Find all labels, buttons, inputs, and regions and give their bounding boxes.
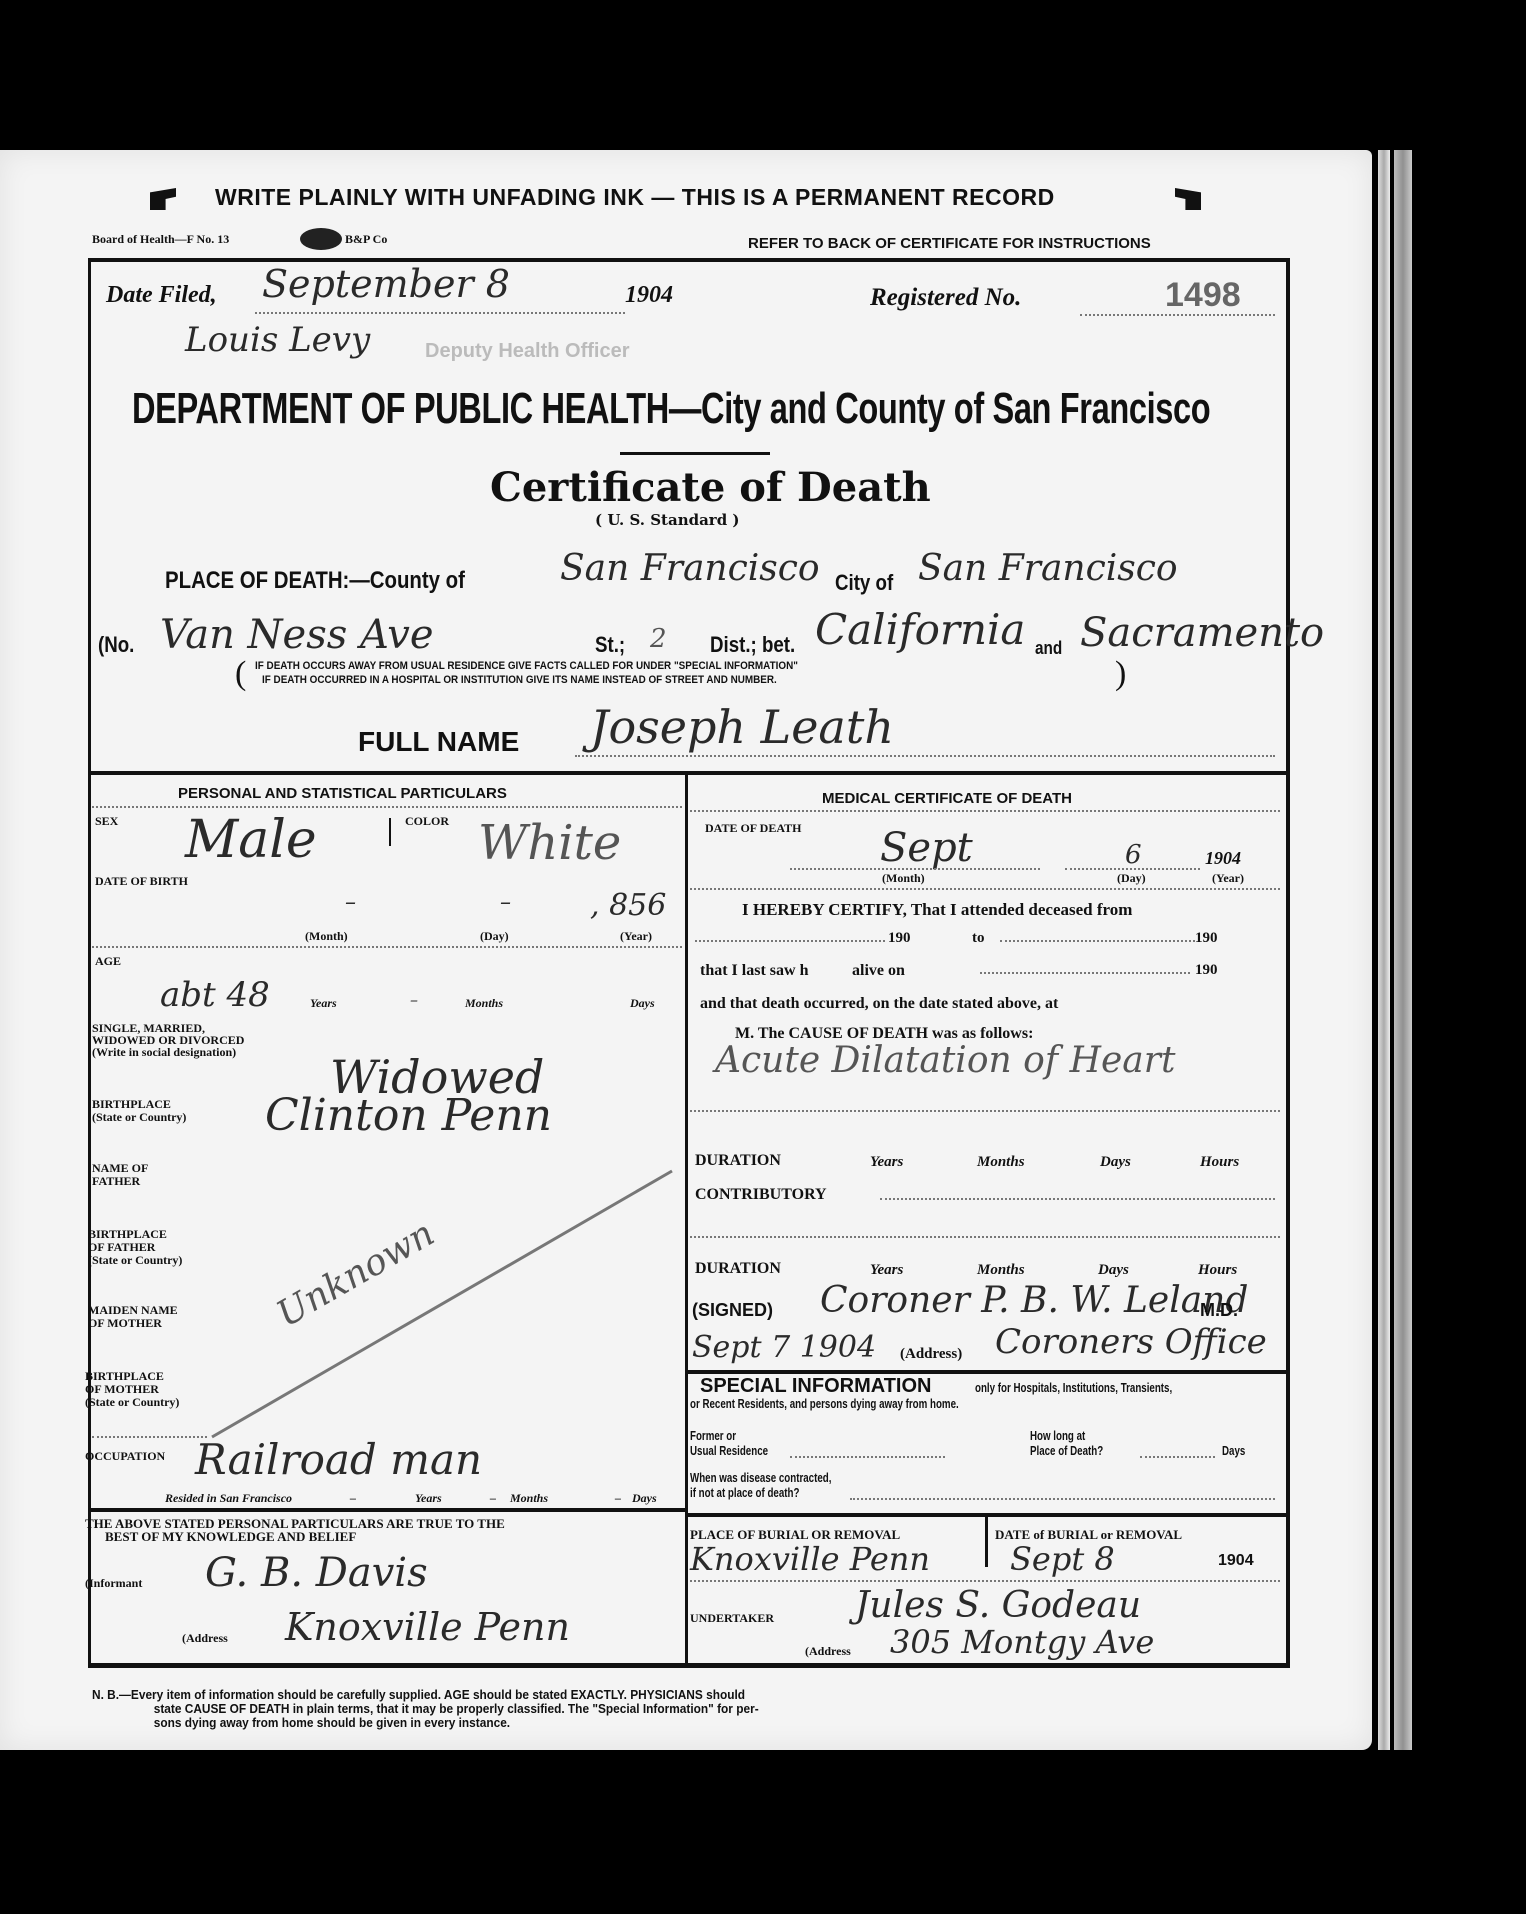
death-month-line <box>790 868 1040 870</box>
to-label: to <box>972 930 985 947</box>
burial-divider <box>687 1513 1290 1517</box>
contributory-line <box>880 1198 1275 1200</box>
dob-month: – <box>345 890 356 915</box>
cause-line-2 <box>690 1110 1280 1112</box>
resided-months-caption: Months <box>510 1492 548 1504</box>
former-residence-label-line: Former or <box>690 1428 768 1443</box>
registered-line <box>1080 314 1275 316</box>
color-label: COLOR <box>405 815 449 827</box>
informant-divider <box>90 1508 686 1512</box>
months-caption: Months <box>465 997 503 1009</box>
duration-years: Years <box>870 1154 903 1171</box>
printer-mark: B&P Co <box>345 232 387 247</box>
month-caption: (Month) <box>305 930 348 942</box>
duration-months: Months <box>977 1154 1025 1171</box>
contributory-line-2 <box>690 1236 1280 1238</box>
personal-heading: PERSONAL AND STATISTICAL PARTICULARS <box>178 785 507 802</box>
resided-days: – <box>615 1492 621 1504</box>
burial-date-year: 1904 <box>1218 1552 1254 1570</box>
full-name-value: Joseph Leath <box>590 700 894 754</box>
rule <box>92 946 682 948</box>
duration-years-2: Years <box>870 1262 903 1279</box>
age-months-value: – <box>410 990 418 1009</box>
father-label-line: FATHER <box>92 1175 148 1188</box>
informant-label: (Informant <box>85 1577 142 1589</box>
marital-label-line: (Write in social designation) <box>92 1046 244 1058</box>
death-day-value: 6 <box>1125 840 1142 870</box>
how-long-field[interactable] <box>1140 1456 1215 1458</box>
occupation-value: Railroad man <box>195 1435 482 1484</box>
dob-year: , 856 <box>590 888 666 923</box>
footnote-line: N. B.—Every item of information should b… <box>92 1688 759 1702</box>
duration-hours: Hours <box>1200 1154 1239 1171</box>
duration-months-2: Months <box>977 1262 1025 1279</box>
from-line <box>695 940 885 942</box>
former-residence-field[interactable] <box>790 1456 945 1458</box>
marital-label: SINGLE, MARRIED, WIDOWED OR DIVORCED (Wr… <box>92 1022 244 1058</box>
date-filed-year: 1904 <box>625 282 673 309</box>
undertaker-value: Jules S. Godeau <box>855 1585 1141 1626</box>
dist-label: Dist.; bet. <box>710 632 795 658</box>
alive-190: 190 <box>1195 962 1218 979</box>
duration-label-2: DURATION <box>695 1260 781 1278</box>
full-name-label: FULL NAME <box>358 726 519 758</box>
date-filed-value: September 8 <box>262 262 510 306</box>
resided-years-caption: Years <box>415 1492 442 1504</box>
rule <box>690 810 1280 812</box>
death-year-caption: (Year) <box>1212 872 1244 884</box>
age-value: abt 48 <box>160 975 270 1015</box>
how-long-label-line: How long at <box>1030 1428 1103 1443</box>
birthplace-label: BIRTHPLACE (State or Country) <box>92 1098 186 1124</box>
death-day-line <box>1065 868 1200 870</box>
signed-date-value: Sept 7 1904 <box>692 1330 876 1365</box>
from-190: 190 <box>888 930 911 947</box>
resided-label: Resided in San Francisco <box>165 1492 292 1504</box>
father-birthplace-label: BIRTHPLACE OF FATHER (State or Country) <box>88 1228 182 1267</box>
registered-label: Registered No. <box>870 284 1021 312</box>
us-standard-label: ( U. S. Standard ) <box>595 511 740 529</box>
mother-maiden-name-label: MAIDEN NAME OF MOTHER <box>88 1304 178 1330</box>
cause-of-death-value: Acute Dilatation of Heart <box>715 1040 1175 1081</box>
year-caption: (Year) <box>620 930 652 942</box>
contributory-label: CONTRIBUTORY <box>695 1186 827 1204</box>
page-stack-edge <box>1378 150 1390 1750</box>
father-bp-label-line: (State or Country) <box>88 1254 182 1267</box>
duration-days-2: Days <box>1098 1262 1129 1279</box>
duration-label: DURATION <box>695 1152 781 1170</box>
former-residence-label: Former or Usual Residence <box>690 1428 768 1458</box>
rule <box>92 806 682 808</box>
occurred-text: and that death occurred, on the date sta… <box>700 995 1058 1013</box>
dob-day: – <box>500 890 511 915</box>
md-label: M.D. <box>1200 1300 1238 1321</box>
physician-address-value: Coroners Office <box>995 1322 1267 1362</box>
mother-label-line: OF MOTHER <box>88 1317 178 1330</box>
sex-label: SEX <box>95 815 118 827</box>
informant-value: G. B. Davis <box>205 1550 428 1596</box>
color-value: White <box>478 815 621 871</box>
resided-days-caption: Days <box>632 1492 657 1504</box>
date-of-death-label: DATE OF DEATH <box>705 822 801 834</box>
special-divider <box>687 1370 1290 1374</box>
dob-label: DATE OF BIRTH <box>95 875 188 887</box>
death-day-caption: (Day) <box>1117 872 1146 884</box>
registered-number: 1498 <box>1165 276 1241 315</box>
note-line-1: IF DEATH OCCURS AWAY FROM USUAL RESIDENC… <box>255 660 798 672</box>
resided-years: – <box>350 1492 356 1504</box>
birthplace-label-line: (State or Country) <box>92 1111 186 1124</box>
informant-address-value: Knoxville Penn <box>285 1605 570 1649</box>
full-name-line <box>575 755 1275 757</box>
signed-physician-value: Coroner P. B. W. Leland <box>820 1280 1248 1321</box>
day-caption: (Day) <box>480 930 509 942</box>
last-saw-text: that I last saw h <box>700 962 808 980</box>
special-heading: SPECIAL INFORMATION <box>700 1375 931 1398</box>
special-note-2: or Recent Residents, and persons dying a… <box>690 1396 959 1411</box>
signed-label: (SIGNED) <box>692 1300 773 1321</box>
banner-text: WRITE PLAINLY WITH UNFADING INK — THIS I… <box>215 184 1055 211</box>
department-title: DEPARTMENT OF PUBLIC HEALTH—City and Cou… <box>132 384 1210 434</box>
father-name-label: NAME OF FATHER <box>92 1162 148 1188</box>
to-190: 190 <box>1195 930 1218 947</box>
resided-months: – <box>490 1492 496 1504</box>
between-street-2: Sacramento <box>1080 610 1324 656</box>
undertaker-address-value: 305 Montgy Ave <box>890 1623 1154 1661</box>
how-long-label: How long at Place of Death? <box>1030 1428 1103 1458</box>
note-paren-close: ) <box>1115 655 1126 693</box>
duration-days: Days <box>1100 1154 1131 1171</box>
days-caption: Days <box>630 997 655 1009</box>
footnote-line: sons dying away from home should be give… <box>92 1716 759 1730</box>
refer-note: REFER TO BACK OF CERTIFICATE FOR INSTRUC… <box>748 235 1151 252</box>
officer-signature: Louis Levy <box>185 320 370 360</box>
death-month-caption: (Month) <box>882 872 925 884</box>
informant-statement-line: BEST OF MY KNOWLEDGE AND BELIEF <box>85 1530 505 1543</box>
place-of-death-label: PLACE OF DEATH:—County of <box>165 567 465 595</box>
physician-address-label: (Address) <box>900 1346 962 1363</box>
burial-date-value: Sept 8 <box>1010 1540 1115 1578</box>
rule <box>92 1436 207 1438</box>
how-long-days: Days <box>1222 1443 1245 1458</box>
informant-statement: THE ABOVE STATED PERSONAL PARTICULARS AR… <box>85 1517 505 1543</box>
age-label: AGE <box>95 955 121 967</box>
footnote: N. B.—Every item of information should b… <box>92 1688 759 1730</box>
death-year-value: 1904 <box>1205 848 1241 869</box>
undertaker-address-label: (Address <box>805 1645 851 1657</box>
st-value: 2 <box>650 624 667 654</box>
alive-on-line <box>980 972 1190 974</box>
when-contracted-field[interactable] <box>850 1498 1275 1500</box>
years-caption: Years <box>310 997 337 1009</box>
certificate-title: Certificate of Death <box>490 464 931 511</box>
and-label: and <box>1035 638 1062 659</box>
death-month-value: Sept <box>880 825 973 871</box>
sex-color-divider <box>389 818 391 846</box>
mother-birthplace-label: BIRTHPLACE OF MOTHER (State or Country) <box>85 1370 179 1409</box>
undertaker-label: UNDERTAKER <box>690 1612 774 1624</box>
mother-bp-label-line: (State or Country) <box>85 1396 179 1409</box>
note-paren-open: ( <box>235 655 246 693</box>
certify-text: I HEREBY CERTIFY, That I attended deceas… <box>742 900 1132 920</box>
how-long-label-line: Place of Death? <box>1030 1443 1103 1458</box>
page-stack-edge <box>1394 150 1412 1750</box>
city-value: San Francisco <box>918 548 1178 589</box>
when-contracted-label-line: if not at place of death? <box>690 1485 831 1500</box>
officer-title-stamp: Deputy Health Officer <box>425 340 629 363</box>
street-number-label: (No. <box>98 632 134 658</box>
section-divider <box>90 771 1290 775</box>
st-label: St.; <box>595 632 625 658</box>
note-line-2: IF DEATH OCCURRED IN A HOSPITAL OR INSTI… <box>262 674 777 686</box>
sex-value: Male <box>185 810 317 870</box>
burial-place-value: Knoxville Penn <box>690 1540 930 1578</box>
union-label-seal-icon <box>300 228 342 250</box>
former-residence-label-line: Usual Residence <box>690 1443 768 1458</box>
burial-line <box>690 1580 1280 1582</box>
city-label: City of <box>835 570 893 596</box>
date-filed-line <box>255 312 625 314</box>
rule <box>690 888 1280 890</box>
to-line <box>1000 940 1195 942</box>
between-street-1: California <box>815 605 1025 654</box>
when-contracted-label: When was disease contracted, if not at p… <box>690 1470 831 1500</box>
duration-hours-2: Hours <box>1198 1262 1237 1279</box>
form-id: Board of Health—F No. 13 <box>92 232 229 247</box>
date-filed-label: Date Filed, <box>106 282 217 309</box>
title-rule <box>620 452 770 455</box>
occupation-label: OCCUPATION <box>85 1450 165 1462</box>
birthplace-value: Clinton Penn <box>265 1090 552 1141</box>
alive-on-text: alive on <box>852 962 905 980</box>
informant-address-label: (Address <box>182 1632 228 1644</box>
county-value: San Francisco <box>560 548 820 589</box>
footnote-line: state CAUSE OF DEATH in plain terms, tha… <box>92 1702 759 1716</box>
burial-column-divider <box>985 1517 988 1567</box>
medical-heading: MEDICAL CERTIFICATE OF DEATH <box>822 790 1072 807</box>
when-contracted-label-line: When was disease contracted, <box>690 1470 831 1485</box>
street-value: Van Ness Ave <box>160 612 434 658</box>
special-note-1: only for Hospitals, Institutions, Transi… <box>975 1380 1172 1395</box>
column-divider <box>685 775 688 1665</box>
